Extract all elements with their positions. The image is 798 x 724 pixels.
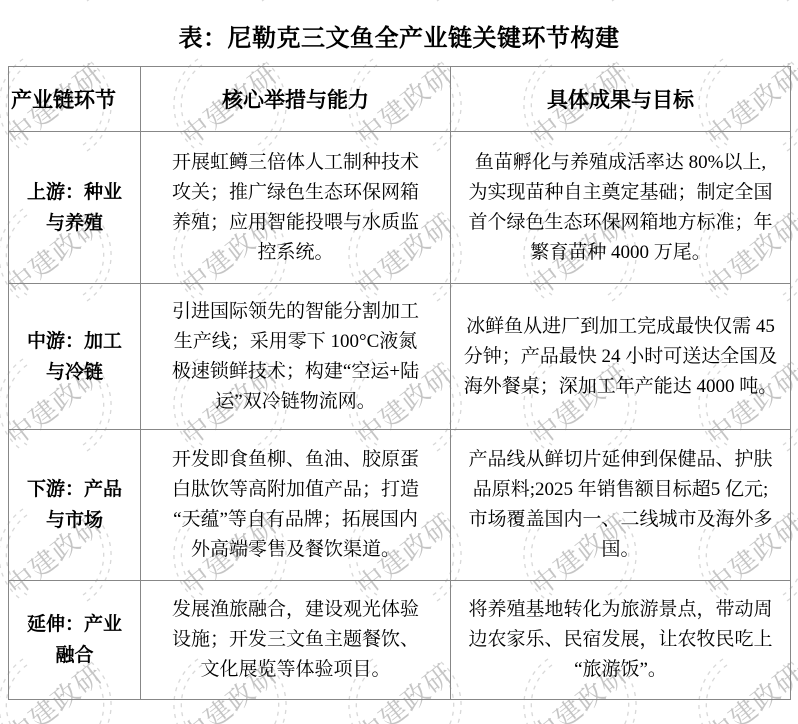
table-title: 表：尼勒克三文鱼全产业链关键环节构建 — [0, 24, 798, 54]
stage-cell: 下游：产品 与市场 — [9, 430, 141, 581]
table-row-downstream: 下游：产品 与市场 开发即食鱼柳、鱼油、胶原蛋 白肽饮等高附加值产品；打造 “天… — [9, 430, 791, 581]
measures-cell: 引进国际领先的智能分割加工 生产线；采用零下 100°C液氮 极速锁鲜技术；构建… — [141, 284, 451, 430]
stage-cell: 延伸：产业 融合 — [9, 581, 141, 700]
table-row-upstream: 上游：种业 与养殖 开展虹鳟三倍体人工制种技术 攻关；推广绿色生态环保网箱 养殖… — [9, 132, 791, 284]
table-header-row: 产业链环节 核心举措与能力 具体成果与目标 — [9, 67, 791, 132]
stage-cell: 中游：加工 与冷链 — [9, 284, 141, 430]
measures-cell: 开展虹鳟三倍体人工制种技术 攻关；推广绿色生态环保网箱 养殖；应用智能投喂与水质… — [141, 132, 451, 284]
header-measures: 核心举措与能力 — [141, 67, 451, 132]
industry-chain-table: 产业链环节 核心举措与能力 具体成果与目标 上游：种业 与养殖 开展虹鳟三倍体人… — [8, 66, 791, 700]
results-cell: 冰鲜鱼从进厂到加工完成最快仅需 45 分钟；产品最快 24 小时可送达全国及 海… — [451, 284, 791, 430]
results-cell: 鱼苗孵化与养殖成活率达 80%以上, 为实现苗种自主奠定基础；制定全国 首个绿色… — [451, 132, 791, 284]
results-cell: 将养殖基地转化为旅游景点，带动周 边农家乐、民宿发展，让农牧民吃上 “旅游饭”。 — [451, 581, 791, 700]
results-cell: 产品线从鲜切片延伸到保健品、护肤 品原料;2025 年销售额目标超5 亿元; 市… — [451, 430, 791, 581]
document-content: 表：尼勒克三文鱼全产业链关键环节构建 产业链环节 核心举措与能力 具体成果与目标… — [0, 24, 798, 700]
table-row-midstream: 中游：加工 与冷链 引进国际领先的智能分割加工 生产线；采用零下 100°C液氮… — [9, 284, 791, 430]
header-results: 具体成果与目标 — [451, 67, 791, 132]
table-row-extension: 延伸：产业 融合 发展渔旅融合，建设观光体验 设施；开发三文鱼主题餐饮、 文化展… — [9, 581, 791, 700]
measures-cell: 发展渔旅融合，建设观光体验 设施；开发三文鱼主题餐饮、 文化展览等体验项目。 — [141, 581, 451, 700]
stage-cell: 上游：种业 与养殖 — [9, 132, 141, 284]
measures-cell: 开发即食鱼柳、鱼油、胶原蛋 白肽饮等高附加值产品；打造 “天蕴”等自有品牌；拓展… — [141, 430, 451, 581]
header-stage: 产业链环节 — [9, 67, 141, 132]
